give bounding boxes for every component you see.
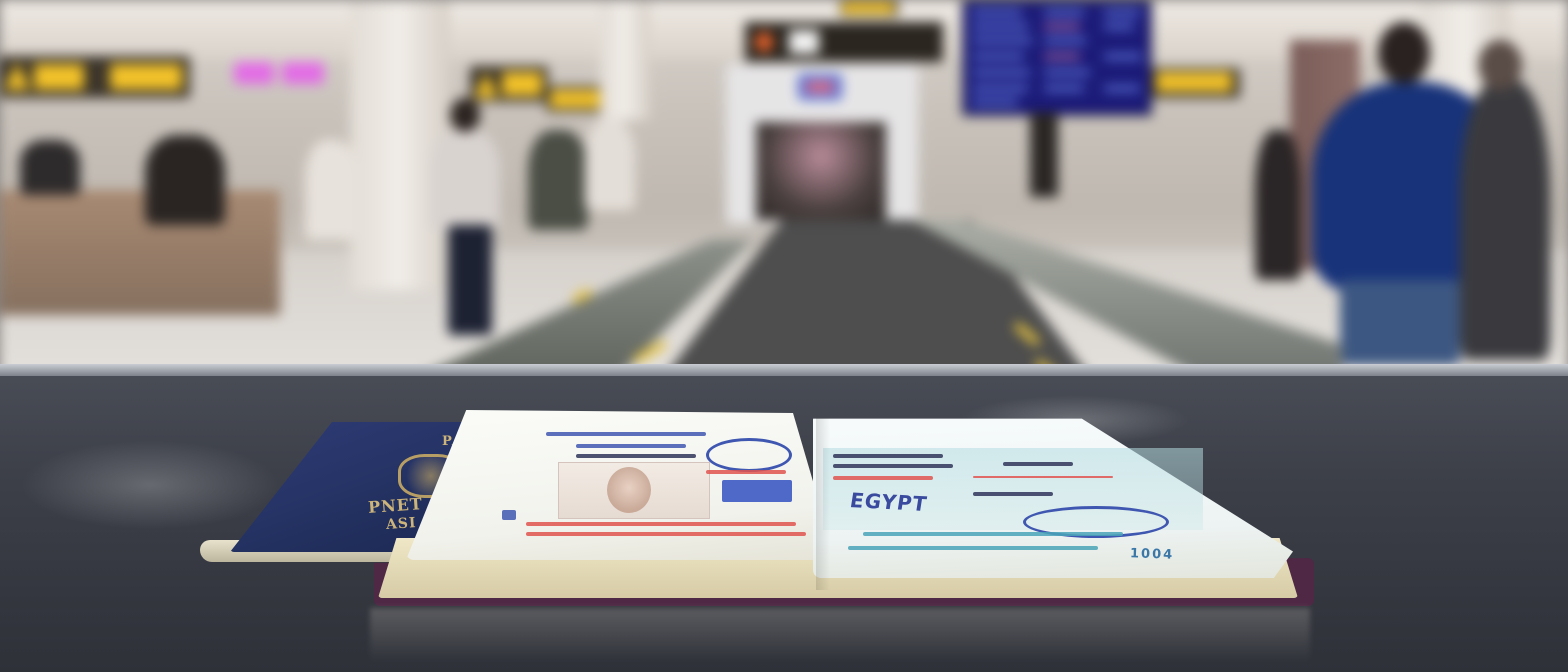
traveler: [528, 130, 588, 230]
xray-scanner: [726, 64, 918, 224]
pink-sign: [282, 62, 324, 84]
overhead-sign-small: [546, 86, 606, 112]
overhead-sign-right: [1150, 68, 1240, 98]
visa-stamp-box: [722, 480, 792, 502]
xray-tunnel: [756, 122, 886, 220]
visa-number: 1004: [1130, 546, 1175, 563]
passport-spine: [816, 418, 830, 590]
display-pole: [1030, 112, 1058, 197]
overhead-sign-top: [745, 22, 943, 62]
overhead-sign-center: [470, 66, 548, 102]
traveler: [585, 120, 635, 210]
traveler: [430, 130, 500, 230]
overhead-sign-top-small: [840, 0, 898, 16]
traveler: [145, 135, 225, 225]
xray-scanner-icon: [798, 74, 842, 100]
visa-country: EGYPT: [848, 488, 929, 516]
counter-edge: [0, 364, 1568, 376]
pink-sign: [234, 62, 274, 84]
baggage-conveyor: [412, 220, 1342, 380]
passport-reflection: [370, 608, 1310, 663]
pillar: [600, 0, 650, 120]
traveler: [305, 140, 357, 240]
passport-page-left: [406, 410, 836, 560]
open-passport: EGYPT 1004: [368, 408, 1316, 608]
terminal-background: [0, 0, 1568, 380]
traveler: [20, 140, 80, 195]
traveler: [1460, 80, 1550, 360]
entry-stamp-icon: [706, 438, 792, 472]
portrait-photo-icon: [558, 462, 710, 519]
check-in-counter: [0, 190, 280, 315]
portrait-face: [607, 467, 651, 513]
flight-information-display: [962, 0, 1152, 116]
airport-passport-photo: PASS PNET ASI: [0, 0, 1568, 672]
overhead-sign-left: [0, 56, 190, 98]
